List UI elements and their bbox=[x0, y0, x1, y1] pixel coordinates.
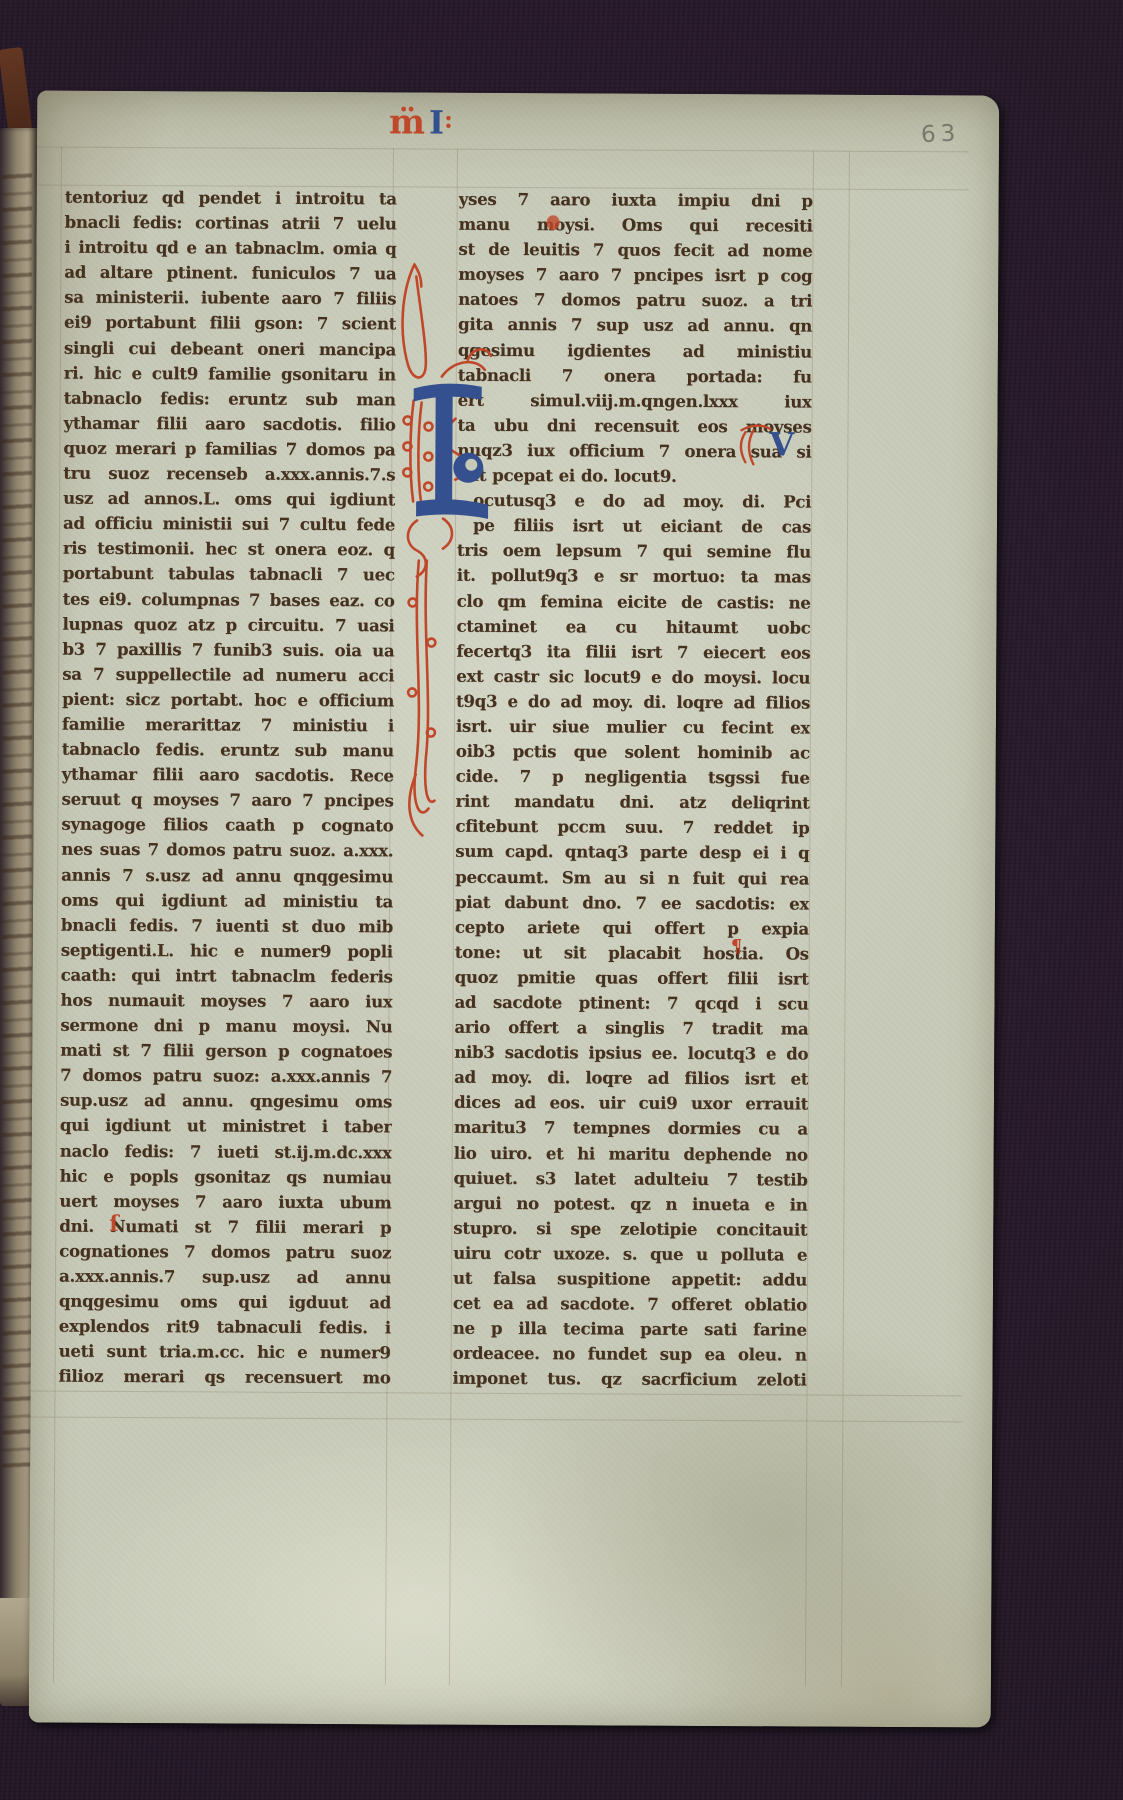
chapter-numeral-flourish bbox=[737, 424, 771, 468]
ruling-line bbox=[30, 1416, 962, 1422]
text-line: i introitu qd e an tabnaclm. omia q bbox=[64, 235, 396, 262]
ruling-line bbox=[37, 146, 969, 152]
text-column-right: yses 7 aaro iuxta impiu dni pmanu moysi.… bbox=[452, 187, 812, 1393]
text-line: ario offert a singlis 7 tradit ma bbox=[454, 1015, 808, 1042]
text-line: bnacli fedis: cortinas atrii 7 uelu bbox=[65, 210, 397, 237]
chapter-numeral-value: V bbox=[769, 424, 794, 464]
text-line: argui no potest. qz n inueta e in bbox=[453, 1190, 807, 1217]
text-line: tabnaclo fedis: eruntz sub man bbox=[64, 385, 396, 412]
text-line: qgesimu igdientes ad ministiu bbox=[458, 337, 812, 364]
text-line: filioz merari qs recensuert mo bbox=[58, 1364, 390, 1391]
text-line: ythamar filii aaro sacdotis. Rece bbox=[62, 762, 394, 789]
text-line: bnacli fedis. 7 iuenti st duo mib bbox=[61, 912, 393, 939]
manuscript-page: m̈I: 63 tentoriuz qd pendet i introitu t… bbox=[29, 90, 1000, 1727]
text-line: moyses 7 aaro 7 pncipes isrt p cog bbox=[458, 262, 812, 289]
running-title-letter-blue: I bbox=[425, 104, 444, 142]
text-line: hic e popls gsonitaz qs numiau bbox=[60, 1163, 392, 1190]
text-line: st de leuitis 7 quos fecit ad nome bbox=[458, 237, 812, 264]
text-line: a.xxx.annis.7 sup.usz ad annu bbox=[59, 1264, 391, 1291]
text-line: tris oem lepsum 7 qui semine flu bbox=[457, 538, 811, 565]
text-line: ri. hic e cult9 familie gsonitaru in bbox=[64, 360, 396, 387]
text-line: ris testimonii. hec st onera eoz. q bbox=[63, 536, 395, 563]
running-title: m̈I: bbox=[389, 102, 453, 148]
text-line: gita annis 7 sup usz ad annu. qn bbox=[458, 312, 812, 339]
text-line: naclo fedis: 7 iueti st.ij.m.dc.xxx bbox=[60, 1138, 392, 1165]
text-line: imponet tus. qz sacrficium zeloti bbox=[452, 1366, 806, 1393]
text-line: qui igdiunt ut ministret i taber bbox=[60, 1113, 392, 1140]
text-line: ext castr sic locut9 e do moysi. locu bbox=[456, 663, 810, 690]
text-line: t9q3 e do ad moy. di. loqre ad filios bbox=[456, 689, 810, 716]
text-line: ctaminet ea cu hitaumt uobc bbox=[456, 613, 810, 640]
text-line: b3 7 paxillis 7 funib3 suis. oia ua bbox=[62, 636, 394, 663]
text-line: septigenti.L. hic e numer9 popli bbox=[61, 937, 393, 964]
text-line: cfitebunt pccm suu. 7 reddet ip bbox=[455, 814, 809, 841]
text-line: nes suas 7 domos patru suoz. a.xxx. bbox=[61, 837, 393, 864]
text-line: explendos rit9 tabnaculi fedis. i bbox=[59, 1314, 391, 1341]
text-line: natoes 7 domos patru suoz. a tri bbox=[458, 287, 812, 314]
text-line: cet ea ad sacdote. 7 offeret oblatio bbox=[453, 1291, 807, 1318]
text-line: ueti sunt tria.m.cc. hic e numer9 bbox=[59, 1339, 391, 1366]
text-line: tabnaclo fedis. eruntz sub manu bbox=[62, 737, 394, 764]
paraph-mark: ſ bbox=[109, 1211, 119, 1237]
initial-knot-void bbox=[465, 459, 477, 471]
text-line: manu moysi. Oms qui recesiti bbox=[459, 212, 813, 239]
text-line: sa ministerii. iubente aaro 7 filiis bbox=[64, 285, 396, 312]
text-line: 7 domos patru suoz: a.xxx.annis 7 bbox=[60, 1063, 392, 1090]
running-title-letter-red: m̈ bbox=[389, 102, 425, 142]
text-line: sa 7 suppellectile ad numeru acci bbox=[62, 661, 394, 688]
text-line: yses 7 aaro iuxta impiu dni p bbox=[459, 187, 813, 214]
text-line: nib3 sacdotis ipsius ee. locutq3 e do bbox=[454, 1040, 808, 1067]
text-line: dices ad eos. uir cui9 uxor errauit bbox=[454, 1090, 808, 1117]
rubricated-capital-touch bbox=[547, 215, 560, 230]
text-line: piat dabunt dno. 7 ee sacdotis: ex bbox=[455, 889, 809, 916]
text-line: mati st 7 filii gerson p cognatoes bbox=[60, 1038, 392, 1065]
running-title-punctus: : bbox=[444, 105, 453, 134]
ruling-line bbox=[841, 151, 850, 1687]
initial-filigree-art bbox=[381, 260, 494, 846]
text-line: isrt. uir siue mulier cu fecint ex bbox=[456, 714, 810, 741]
text-line: qnqgesimu oms qui igduut ad bbox=[59, 1289, 391, 1316]
text-line: oib3 pctis que solent hominib ac bbox=[456, 739, 810, 766]
text-line: annis 7 s.usz ad annu qnqgesimu bbox=[61, 862, 393, 889]
chapter-numeral: V bbox=[737, 424, 807, 468]
text-line: ert simul.viij.m.qngen.lxxx iux bbox=[458, 387, 812, 414]
text-line: quiuet. s3 latet adulteiu 7 testib bbox=[454, 1165, 808, 1192]
text-line: lupnas quoz atz p circuitu. 7 uasi bbox=[62, 611, 394, 638]
text-line: usz ad annos.L. oms qui igdiunt bbox=[63, 486, 395, 513]
text-line: tentoriuz qd pendet i introitu ta bbox=[65, 185, 397, 212]
text-line: clo qm femina eicite de castis: ne bbox=[457, 588, 811, 615]
text-line: sup.usz ad annu. qngesimu oms bbox=[60, 1088, 392, 1115]
text-line: pient: sicz portabt. hoc e officium bbox=[62, 687, 394, 714]
facing-page-text-fragments bbox=[2, 168, 32, 1468]
text-line: cepto ariete qui offert p expia bbox=[455, 914, 809, 941]
text-line: tabnacli 7 onera portada: fu bbox=[458, 362, 812, 389]
text-line: quoz pmitie quas offert filii isrt bbox=[455, 965, 809, 992]
text-line: caath: qui intrt tabnaclm federis bbox=[61, 963, 393, 990]
text-line: ei9 portabunt filii gson: 7 scient bbox=[64, 310, 396, 337]
text-line: ythamar filii aaro sacdotis. filio bbox=[63, 410, 395, 437]
text-line: tru suoz recenseb a.xxx.annis.7.s bbox=[63, 461, 395, 488]
text-line: synagoge filios caath p cognato bbox=[61, 812, 393, 839]
text-line: seruut q moyses 7 aaro 7 pncipes bbox=[62, 787, 394, 814]
text-line: tone: ut sit placabit hostia. Os bbox=[455, 940, 809, 967]
text-line: portabunt tabulas tabnacli 7 uec bbox=[63, 561, 395, 588]
text-line: uiru cotr uxoze. s. que u polluta e bbox=[453, 1241, 807, 1268]
text-line: ne p illa tecima parte sati farine bbox=[453, 1316, 807, 1343]
text-line: singli cui debeant oneri mancipa bbox=[64, 335, 396, 362]
text-line: cide. 7 p negligentia tsgssi fue bbox=[456, 764, 810, 791]
folio-number: 63 bbox=[920, 120, 960, 148]
text-line: stupro. si spe zelotipie concitauit bbox=[453, 1216, 807, 1243]
photo-backdrop: m̈I: 63 tentoriuz qd pendet i introitu t… bbox=[0, 0, 1123, 1800]
text-line: it. pollut9q3 e sr mortuo: ta mas bbox=[457, 563, 811, 590]
text-line: familie merarittaz 7 ministiu i bbox=[62, 712, 394, 739]
text-line: sermone dni p manu moysi. Nu bbox=[60, 1013, 392, 1040]
text-line: ad officiu ministii sui 7 cultu fede bbox=[63, 511, 395, 538]
text-line: hos numauit moyses 7 aaro iux bbox=[60, 988, 392, 1015]
decorated-initial-L: L bbox=[381, 260, 494, 846]
text-line: oms qui igdiunt ad ministiu ta bbox=[61, 887, 393, 914]
text-line: peccaumt. Sm au si n fuit qui rea bbox=[455, 864, 809, 891]
text-line: tes ei9. columpnas 7 bases eaz. co bbox=[63, 586, 395, 613]
text-line: ordeacee. no fundet sup ea oleu. n bbox=[453, 1341, 807, 1368]
text-line: ad moy. di. loqre ad filios isrt et bbox=[454, 1065, 808, 1092]
text-line: ocutusq3 e do ad moy. di. Pci bbox=[457, 488, 811, 515]
paraph-mark: ¶ bbox=[731, 936, 743, 957]
text-line: ad sacdote ptinent: 7 qcqd i scu bbox=[454, 990, 808, 1017]
text-line: quoz merari p familias 7 domos pa bbox=[63, 436, 395, 463]
text-line: ad altare ptinent. funiculos 7 ua bbox=[64, 260, 396, 287]
text-line: maritu3 7 tempnes dormies cu a bbox=[454, 1115, 808, 1142]
text-line: pe filiis isrt ut eiciant de cas bbox=[457, 513, 811, 540]
text-line: cognationes 7 domos patru suoz bbox=[59, 1239, 391, 1266]
text-line: ut falsa suspitione appetit: addu bbox=[453, 1266, 807, 1293]
text-line: rint mandatu dni. atz deliqrint bbox=[455, 789, 809, 816]
text-line: fecertq3 ita filii isrt 7 eiecert eos bbox=[456, 638, 810, 665]
text-line: sum capd. qntaq3 parte desp ei i q bbox=[455, 839, 809, 866]
text-line: lio uiro. et hi maritu dephende no bbox=[454, 1140, 808, 1167]
